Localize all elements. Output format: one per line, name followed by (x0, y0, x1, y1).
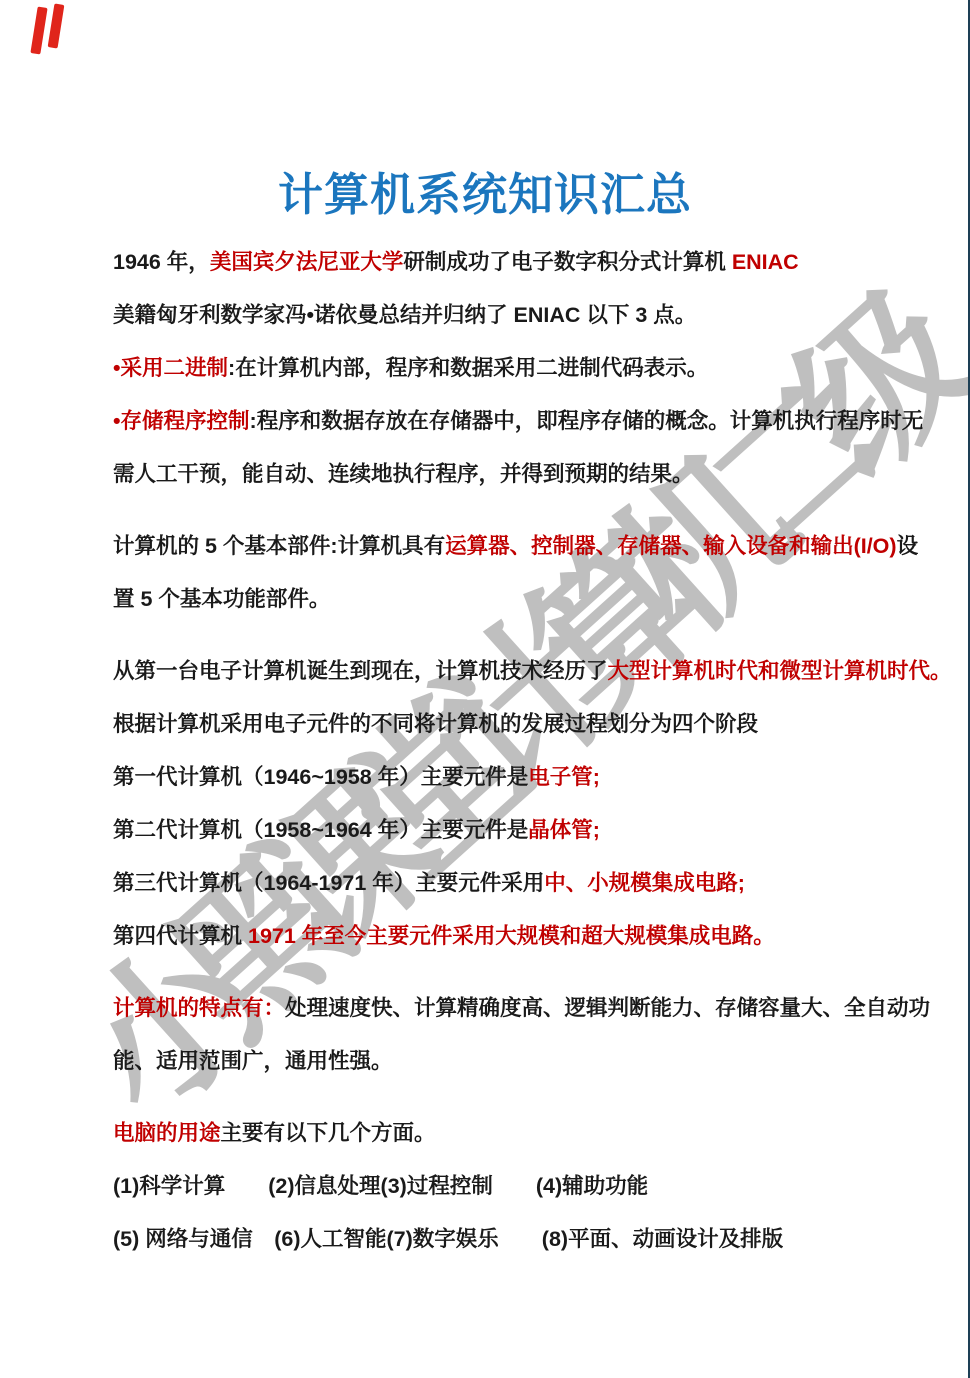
text-segment: (5) 网络与通信 (6)人工智能(7)数字娱乐 (8)平面、动画设计及排版 (113, 1227, 783, 1251)
text-segment: 需人工干预，能自动、连续地执行程序，并得到预期的结果。 (113, 462, 694, 486)
page-title: 计算机系统知识汇总 (0, 158, 970, 223)
text-line: 置 5 个基本功能部件。 (113, 573, 913, 626)
text-segment: :程序和数据存放在存储器中，即程序存储的概念。计算机执行程序时无 (250, 409, 924, 433)
text-segment: 研制成功了电子数字积分式计算机 (403, 250, 731, 274)
text-segment: 电脑的用途 (113, 1121, 221, 1145)
text-segment: 计算机的特点有： (113, 996, 285, 1020)
text-line: 计算机的特点有：处理速度快、计算精确度高、逻辑判断能力、存储容量大、全自动功 (113, 982, 913, 1035)
corner-red-stroke (30, 7, 47, 55)
text-segment: 1971 年至今主要元件采用大规模和超大规模集成电路。 (248, 924, 775, 948)
text-segment: 美籍匈牙利数学家冯•诺依曼总结并归纳了 ENIAC 以下 3 点。 (113, 303, 696, 327)
text-segment: (1)科学计算 (2)信息处理(3)过程控制 (4)辅助功能 (113, 1174, 648, 1198)
text-line: •存储程序控制:程序和数据存放在存储器中，即程序存储的概念。计算机执行程序时无 (113, 395, 913, 448)
text-segment: •采用二进制 (113, 356, 228, 380)
text-segment: 主要有以下几个方面。 (221, 1121, 436, 1145)
text-segment: 第二代计算机（1958~1964 年）主要元件是 (113, 818, 528, 842)
text-line: 第二代计算机（1958~1964 年）主要元件是晶体管; (113, 804, 913, 857)
text-segment: 1946 年， (113, 250, 210, 274)
corner-red-stroke (48, 3, 65, 48)
text-line: 电脑的用途主要有以下几个方面。 (113, 1107, 913, 1160)
text-line: 第三代计算机（1964-1971 年）主要元件采用中、小规模集成电路; (113, 857, 913, 910)
text-segment: 设 (897, 534, 919, 558)
text-line: (1)科学计算 (2)信息处理(3)过程控制 (4)辅助功能 (113, 1160, 913, 1213)
body-text: 1946 年，美国宾夕法尼亚大学研制成功了电子数字积分式计算机 ENIAC美籍匈… (113, 236, 913, 1266)
text-line: 美籍匈牙利数学家冯•诺依曼总结并归纳了 ENIAC 以下 3 点。 (113, 289, 913, 342)
text-segment: 第一代计算机（1946~1958 年）主要元件是 (113, 765, 528, 789)
text-line: 从第一台电子计算机诞生到现在，计算机技术经历了大型计算机时代和微型计算机时代。 (113, 645, 913, 698)
text-segment: 处理速度快、计算精确度高、逻辑判断能力、存储容量大、全自动功 (285, 996, 930, 1020)
document-page: 小黑课堂计算机二级 计算机系统知识汇总 1946 年，美国宾夕法尼亚大学研制成功… (0, 0, 970, 1378)
text-line: 第一代计算机（1946~1958 年）主要元件是电子管; (113, 751, 913, 804)
text-segment: 大型计算机时代和微型计算机时代。 (608, 659, 952, 683)
text-segment: :在计算机内部，程序和数据采用二进制代码表示。 (228, 356, 708, 380)
text-line: (5) 网络与通信 (6)人工智能(7)数字娱乐 (8)平面、动画设计及排版 (113, 1213, 913, 1266)
text-line: •采用二进制:在计算机内部，程序和数据采用二进制代码表示。 (113, 342, 913, 395)
text-segment: 置 5 个基本功能部件。 (113, 587, 330, 611)
text-segment: 根据计算机采用电子元件的不同将计算机的发展过程划分为四个阶段 (113, 712, 758, 736)
text-segment: 第四代计算机 (113, 924, 248, 948)
text-segment: 美国宾夕法尼亚大学 (210, 250, 404, 274)
text-line: 根据计算机采用电子元件的不同将计算机的发展过程划分为四个阶段 (113, 698, 913, 751)
text-segment: ENIAC (732, 250, 799, 274)
text-line: 需人工干预，能自动、连续地执行程序，并得到预期的结果。 (113, 448, 913, 501)
text-line: 第四代计算机 1971 年至今主要元件采用大规模和超大规模集成电路。 (113, 910, 913, 963)
text-segment: 计算机的 5 个基本部件:计算机具有 (113, 534, 445, 558)
text-segment: 晶体管; (528, 818, 600, 842)
text-segment: •存储程序控制 (113, 409, 250, 433)
text-line: 1946 年，美国宾夕法尼亚大学研制成功了电子数字积分式计算机 ENIAC (113, 236, 913, 289)
text-line: 能、适用范围广，通用性强。 (113, 1035, 913, 1088)
text-segment: 运算器、控制器、存储器、输入设备和输出(I/O) (445, 534, 897, 558)
text-segment: 从第一台电子计算机诞生到现在，计算机技术经历了 (113, 659, 608, 683)
text-segment: 能、适用范围广，通用性强。 (113, 1049, 393, 1073)
text-segment: 电子管; (528, 765, 600, 789)
text-segment: 中、小规模集成电路; (544, 871, 745, 895)
text-segment: 第三代计算机（1964-1971 年）主要元件采用 (113, 871, 544, 895)
text-line: 计算机的 5 个基本部件:计算机具有运算器、控制器、存储器、输入设备和输出(I/… (113, 520, 913, 573)
